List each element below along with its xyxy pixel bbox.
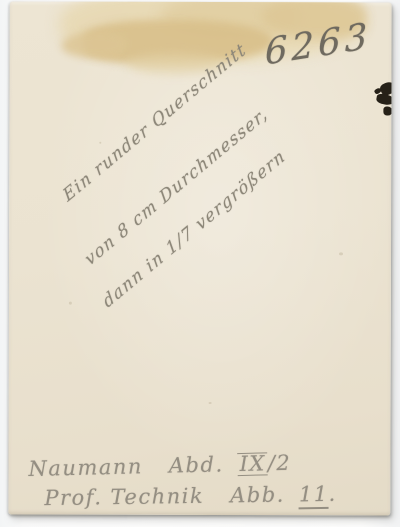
caption-series-label: Prof. Technik	[44, 484, 204, 510]
caption-ref-label: Abd.	[169, 452, 224, 477]
paper-speck	[99, 142, 101, 144]
figure-number-period: .	[328, 482, 337, 506]
paper-speck	[69, 302, 72, 305]
figure-label: Abb.	[230, 483, 285, 508]
photo-card-verso: 6263 Ein runder Querschnitt von 8 cm Dur…	[8, 2, 391, 516]
caption-line-1: NaumannAbd.IX/2	[28, 451, 291, 481]
roman-numeral-suffix: /2	[268, 451, 292, 476]
caption-gap	[143, 473, 169, 474]
ink-smudge	[374, 82, 391, 118]
figure-number: 11	[299, 482, 329, 509]
caption-line-2: Prof. TechnikAbb.11.	[44, 482, 337, 510]
paper-speck	[339, 252, 343, 255]
stain-left-tail	[62, 32, 128, 58]
paper-speck	[209, 402, 212, 404]
roman-numeral: IX	[237, 452, 268, 476]
caption-name: Naumann	[28, 454, 143, 481]
